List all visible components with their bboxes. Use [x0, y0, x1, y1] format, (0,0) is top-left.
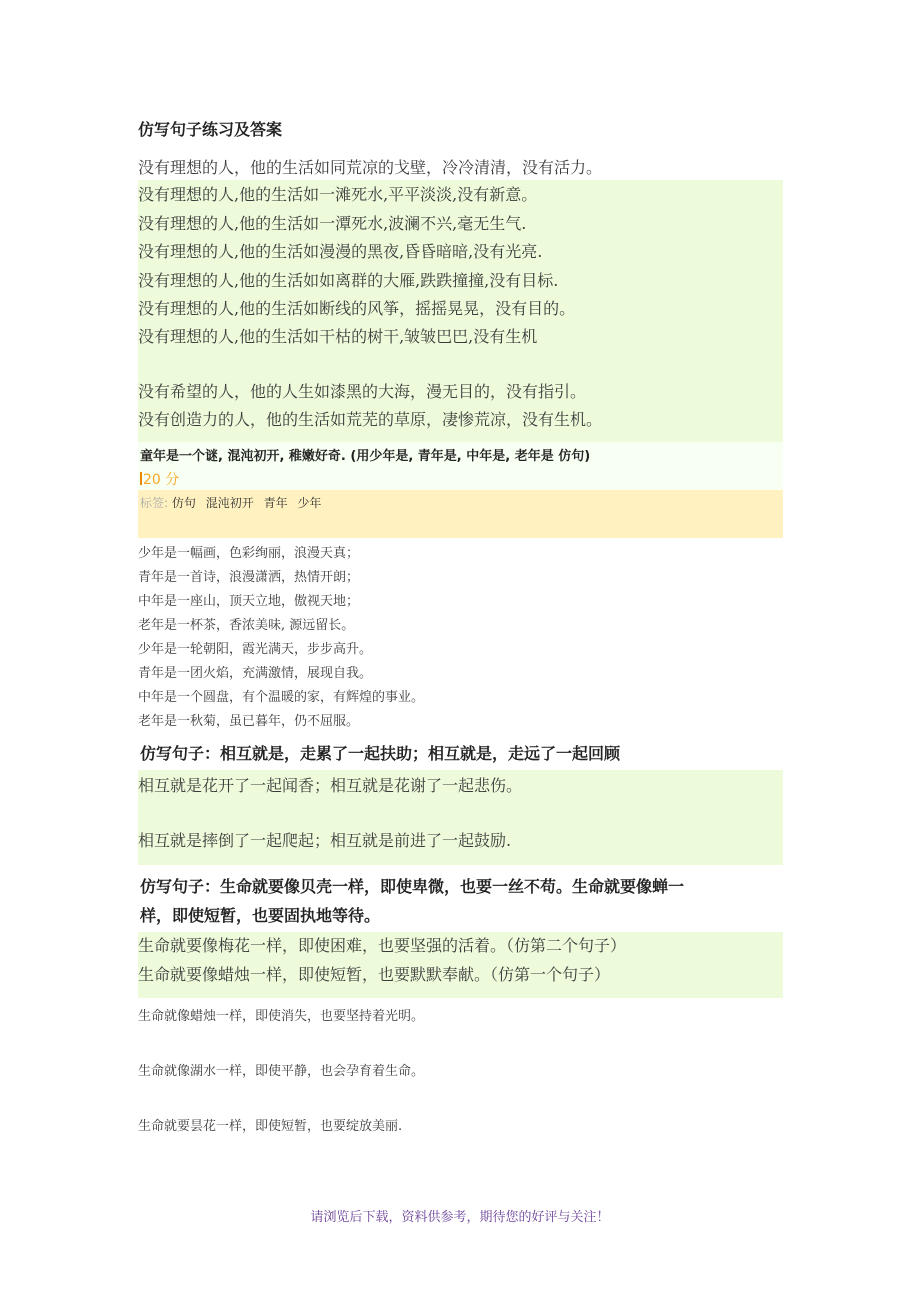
answer-line: 没有理想的人,他的生活如一潭死水,波澜不兴,毫无生气. — [138, 210, 526, 238]
answer-line: 没有理想的人,他的生活如一滩死水,平平淡淡,没有新意。 — [138, 181, 537, 209]
answer-line: 青年是一首诗，浪漫潇洒，热情开朗； — [138, 566, 359, 590]
example-sentence: 没有理想的人，他的生活如同荒凉的戈壁，冷冷清清，没有活力。 — [138, 154, 602, 182]
answer-line: 没有理想的人,他的生活如如离群的大雁,跌跌撞撞,没有目标. — [138, 267, 558, 295]
answer-line: 老年是一杯茶，香浓美味, 源远留长。 — [138, 614, 354, 638]
answer-line: 相互就是摔倒了一起爬起；相互就是前进了一起鼓励. — [138, 827, 511, 855]
tag-link[interactable]: 混沌初开 — [206, 496, 254, 510]
tag-link[interactable]: 青年 — [264, 496, 288, 510]
answer-line: 中年是一座山，顶天立地，傲视天地； — [138, 590, 359, 614]
answer-line: 老年是一秋菊，虽已暮年，仍不屈服。 — [138, 710, 359, 734]
answer-line: 没有理想的人,他的生活如干枯的树干,皱皱巴巴,没有生机 — [138, 323, 537, 351]
answer-line: 少年是一轮朝阳，霞光满天，步步高升。 — [138, 638, 372, 662]
answer-line: 生命就要昙花一样，即使短暂，也要绽放美丽. — [138, 1115, 402, 1139]
answer-line: 没有创造力的人，他的生活如荒芜的草原，凄惨荒凉，没有生机。 — [138, 406, 602, 434]
question-text: 童年是一个谜, 混沌初开, 稚嫩好奇. (用少年是, 青年是, 中年是, 老年是… — [140, 448, 590, 466]
tags-label: 标签: — [140, 496, 168, 510]
answer-line: 生命就要像蜡烛一样，即使短暂，也要默默奉献。（仿第一个句子） — [138, 961, 610, 989]
answer-line: 相互就是花开了一起闻香；相互就是花谢了一起悲伤。 — [138, 772, 522, 800]
score-marker-icon — [140, 472, 142, 485]
answer-line: 生命就像湖水一样，即使平静，也会孕育着生命。 — [138, 1060, 424, 1084]
tag-link[interactable]: 仿句 — [172, 496, 196, 510]
section-heading: 仿写句子：生命就要像贝壳一样，即使卑微，也要一丝不苟。生命就要像蝉一 — [140, 872, 684, 901]
score-badge: 20 分 — [140, 471, 179, 489]
answer-line: 生命就像蜡烛一样，即使消失，也要坚持着光明。 — [138, 1005, 424, 1029]
answer-line: 没有理想的人,他的生活如漫漫的黑夜,昏昏暗暗,没有光亮. — [138, 238, 542, 266]
answer-line: 少年是一幅画，色彩绚丽，浪漫天真； — [138, 542, 359, 566]
answer-line: 青年是一团火焰，充满激情，展现自我。 — [138, 662, 372, 686]
tags-row: 标签: 仿句 混沌初开 青年 少年 — [140, 495, 327, 511]
answer-line: 没有希望的人，他的人生如漆黑的大海，漫无目的，没有指引。 — [138, 378, 586, 406]
footer-note: 请浏览后下载，资料供参考，期待您的好评与关注！ — [0, 1206, 920, 1225]
answer-line: 中年是一个圆盘，有个温暖的家，有辉煌的事业。 — [138, 686, 424, 710]
answer-line: 没有理想的人,他的生活如断线的风筝，摇摇晃晃，没有目的。 — [138, 295, 575, 323]
answer-line: 生命就要像梅花一样，即使困难，也要坚强的活着。（仿第二个句子） — [138, 932, 626, 960]
section-heading: 样，即使短暂，也要固执地等待。 — [140, 901, 380, 930]
score-value: 20 分 — [143, 472, 179, 488]
tag-link[interactable]: 少年 — [297, 496, 321, 510]
section-heading: 仿写句子：相互就是，走累了一起扶助；相互就是，走远了一起回顾 — [140, 742, 620, 766]
document-title: 仿写句子练习及答案 — [138, 119, 282, 141]
